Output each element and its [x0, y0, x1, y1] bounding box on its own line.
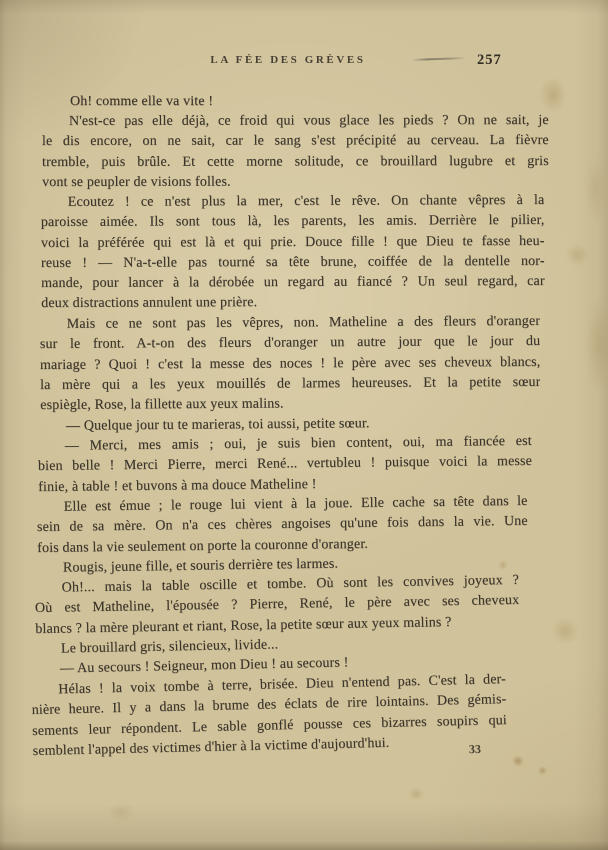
running-title: LA FÉE DES GRÈVES	[210, 54, 365, 66]
text-line: le dis encore, on ne sait, car le sang s…	[42, 132, 549, 153]
paragraph: Elle est émue ; le rouge lui vient à la …	[37, 492, 529, 559]
paragraph: N'est-ce pas elle déjà, ce froid qui vou…	[42, 111, 549, 193]
text-line: N'est-ce pas elle déjà, ce froid qui vou…	[42, 111, 549, 132]
paper-stain	[586, 300, 608, 390]
paper-stain	[552, 618, 578, 644]
paper-stain	[566, 244, 588, 266]
pencil-mark	[412, 57, 464, 61]
paragraph: — Merci, mes amis ; oui, je suis bien co…	[38, 432, 533, 498]
paragraph: Oh! comme elle va vite !	[43, 92, 553, 112]
paragraph: Hélas ! la voix tombe à terre, brisée. D…	[31, 670, 508, 762]
page-number: 257	[477, 52, 502, 69]
text-line: tremble, puis brûle. Et cette morne soli…	[42, 152, 549, 173]
text-line: mande, pour lancer à la dérobée un regar…	[41, 273, 545, 295]
text-line: la mère qui a les yeux mouillés de larme…	[40, 373, 541, 396]
paragraph: Mais ce ne sont pas les vêpres, non. Mat…	[40, 312, 541, 417]
paragraph: Ecoutez ! ce n'est plus la mer, c'est le…	[41, 191, 545, 315]
text-line: paroisse aimée. Ils sont tous là, les pa…	[41, 212, 545, 234]
text-line: Oh! comme elle va vite !	[43, 92, 553, 112]
scanned-book-page: LA FÉE DES GRÈVES 257 Oh! comme elle va …	[0, 0, 608, 850]
text-line: reuse ! — N'a-t-elle pas tourné sa tête …	[41, 252, 545, 274]
paper-stain	[538, 766, 547, 775]
paragraph: Oh!... mais la table oscille et tombe. O…	[34, 571, 519, 640]
text-block: Oh! comme elle va vite !N'est-ce pas ell…	[43, 92, 553, 762]
paper-stain	[586, 160, 606, 220]
signature-mark: 33	[469, 742, 481, 757]
paper-stain	[108, 804, 134, 820]
text-line: voici la préférée qui est là et qui prie…	[41, 232, 545, 254]
text-line: Ecoutez ! ce n'est plus la mer, c'est le…	[41, 191, 545, 213]
paper-stain	[408, 788, 424, 800]
